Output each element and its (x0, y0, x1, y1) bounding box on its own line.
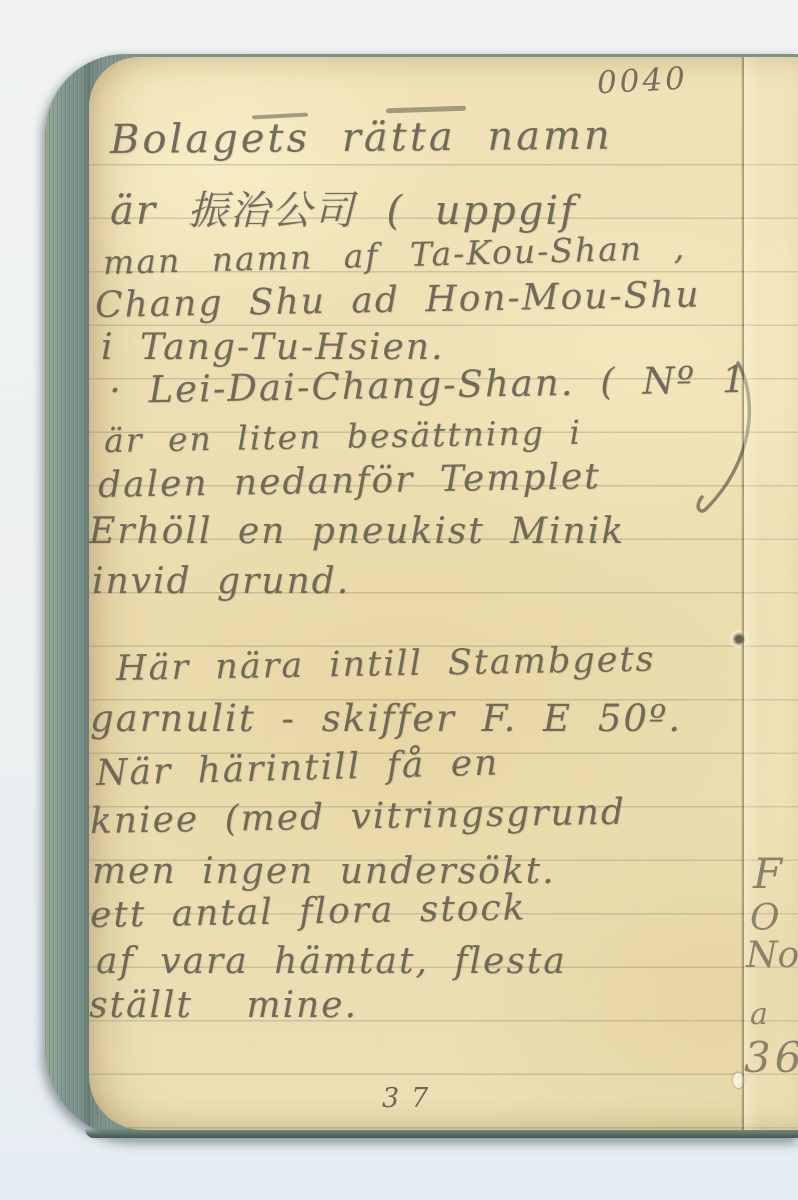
archive-number: 0040 (596, 61, 689, 102)
notebook-bottom-edge (85, 1129, 798, 1138)
handwriting-line: är en liten besättning i (104, 413, 582, 460)
handwriting-fragment: a (750, 997, 768, 1032)
notebook-right-page: F O No a 36 (744, 57, 798, 1130)
notebook: 0040 Bolagets rätta namn är 振治公司 ( uppgi… (45, 54, 798, 1138)
scanned-notebook-photo: 0040 Bolagets rätta namn är 振治公司 ( uppgi… (0, 0, 798, 1200)
handwriting-line: dalen nedanför Templet (98, 456, 601, 506)
handwriting-line: ställt mine. (89, 985, 358, 1026)
handwriting-line: ett antal flora stock (90, 887, 527, 936)
handwriting-line: invid grund. (92, 561, 350, 602)
handwriting-fragment: No (746, 935, 798, 976)
handwriting-line: Erhöll en pneukist Minik (89, 511, 625, 552)
handwriting-fragment: O (750, 898, 780, 939)
handwriting-fragment: 36 (744, 1033, 798, 1082)
page-number: 37 (382, 1083, 440, 1114)
handwriting-line: Här nära intill Stambgets (116, 640, 656, 689)
handwriting-line: kniee (med vitringsgrund (90, 792, 627, 842)
handwriting-fragment: F (753, 849, 782, 898)
handwriting-line: garnulit - skiffer F. E 50º. (90, 697, 682, 740)
handwriting-line: Bolagets rätta namn (110, 113, 613, 163)
handwriting-line: Chang Shu ad Hon-Mou-Shu (95, 274, 701, 326)
handwriting-line: är 振治公司 ( uppgif (110, 179, 577, 236)
handwriting-line: af vara hämtat, flesta (96, 941, 567, 982)
handwriting-line: men ingen undersökt. (92, 851, 556, 892)
handwriting-line: När härintill få en (95, 742, 499, 794)
pencil-stroke (386, 106, 466, 114)
notebook-left-page: 0040 Bolagets rätta namn är 振治公司 ( uppgi… (89, 57, 798, 1130)
handwriting-line: i Tang-Tu-Hsien. (101, 327, 444, 368)
